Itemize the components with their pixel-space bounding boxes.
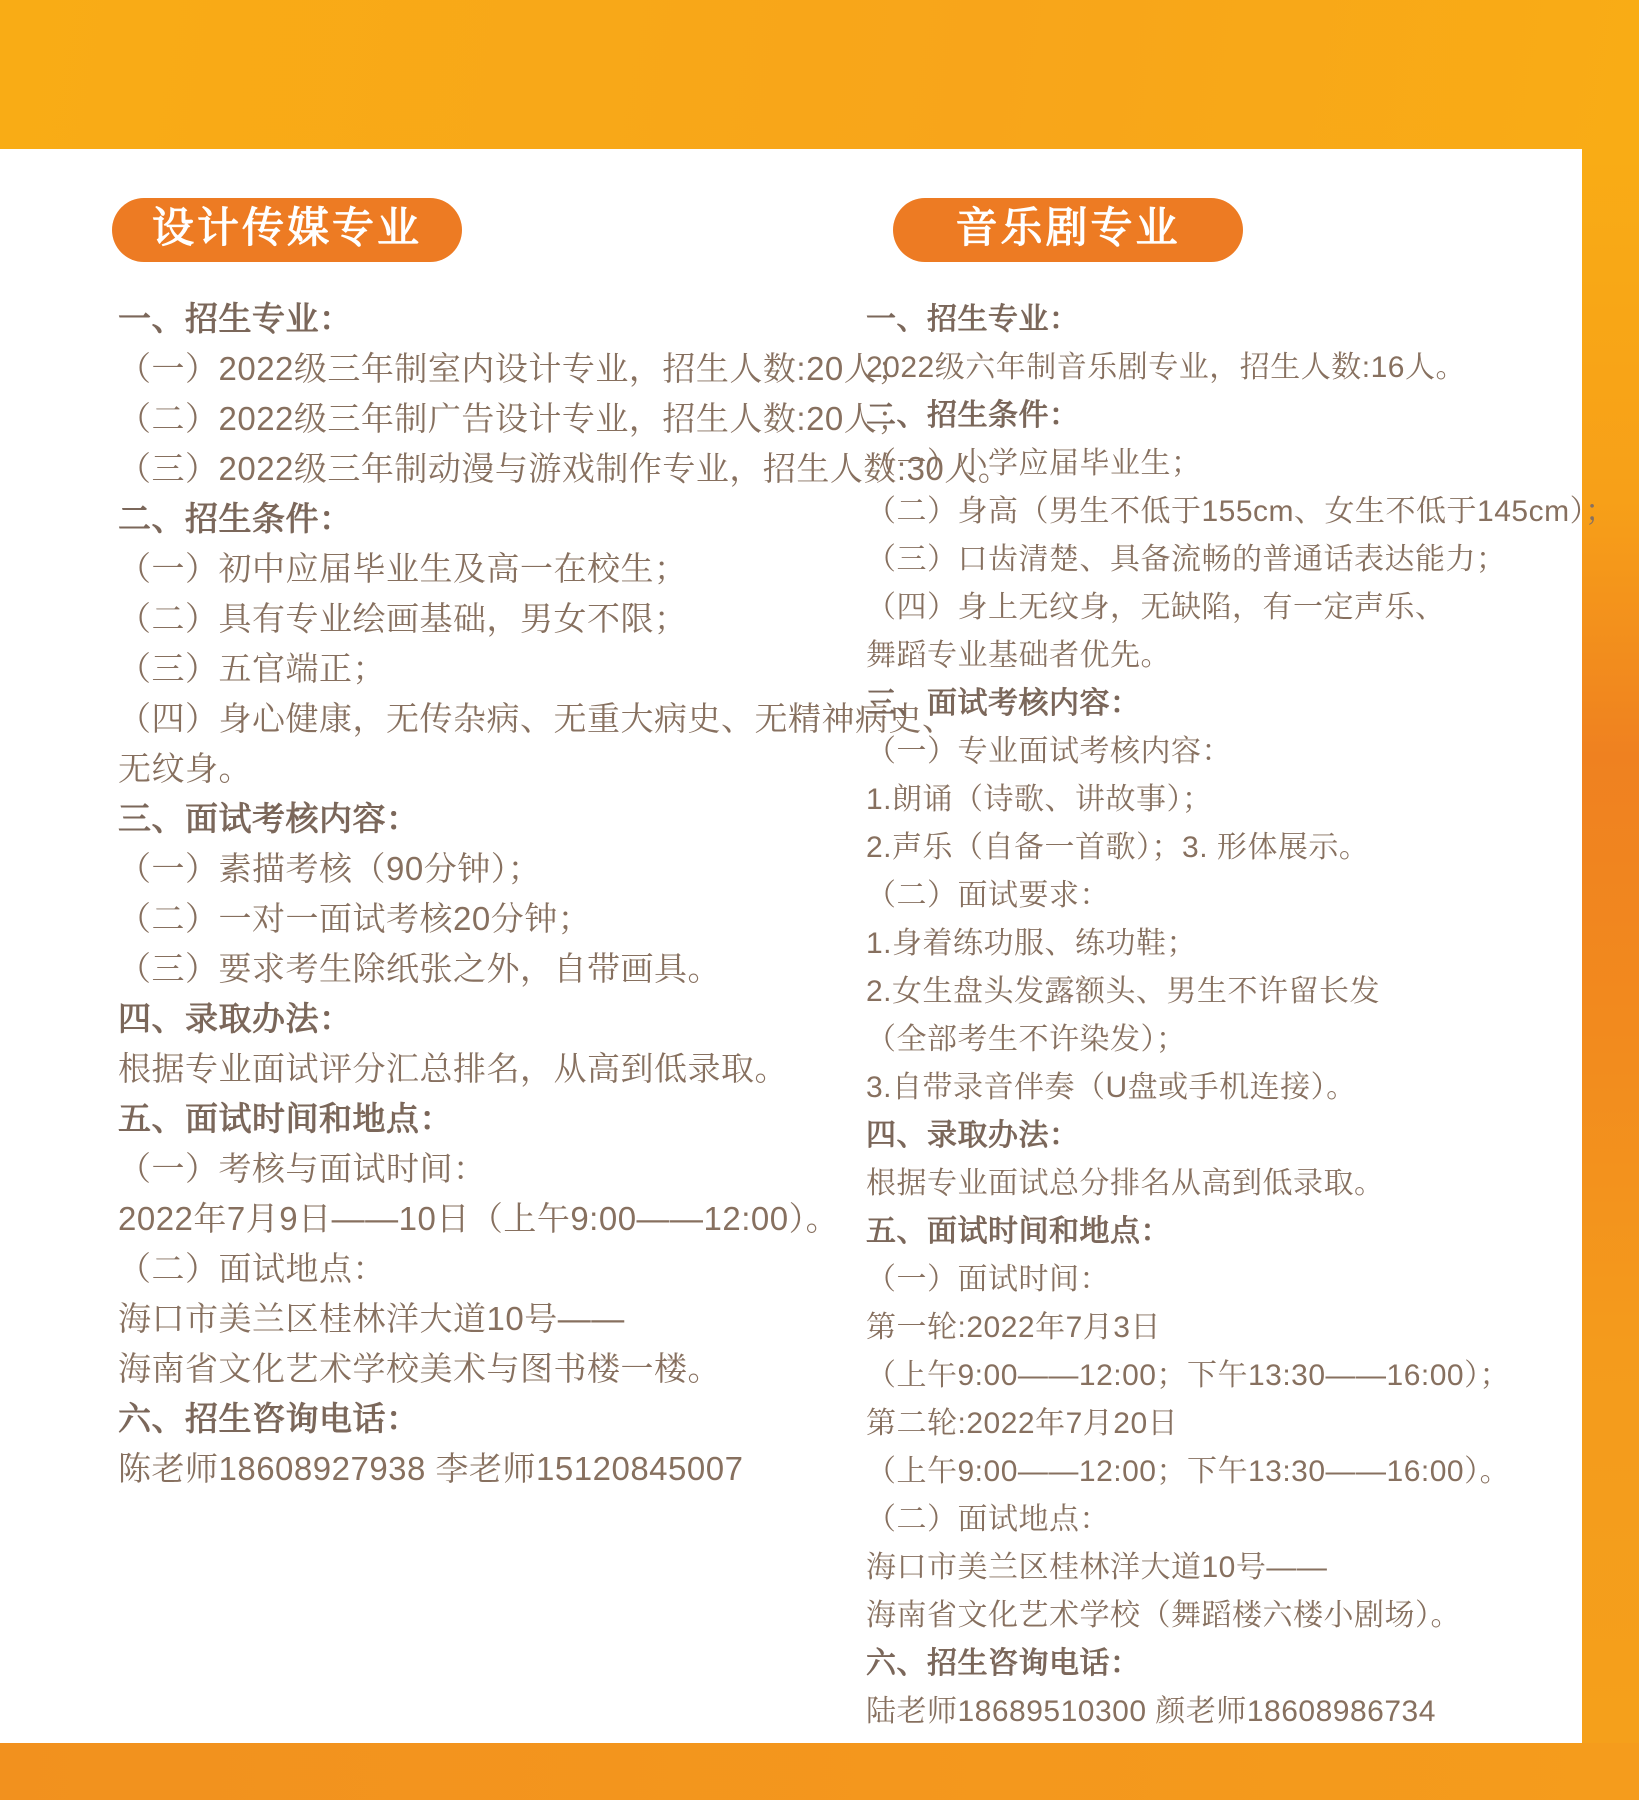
text-line: 五、面试时间和地点： (118, 1094, 832, 1144)
text-line: 一、招生专业： (118, 294, 832, 344)
text-line: 一、招生专业： (866, 296, 1582, 344)
text-line: （全部考生不许染发）； (866, 1016, 1582, 1064)
text-line: 1.朗诵（诗歌、讲故事）； (866, 776, 1582, 824)
text-line: 二、招生条件： (866, 392, 1582, 440)
design-media-title: 设计传媒专业 (152, 207, 422, 253)
text-line: 陆老师18689510300 颜老师18608986734 (866, 1688, 1582, 1736)
text-line: 三、面试考核内容： (866, 680, 1582, 728)
text-line: 六、招生咨询电话： (866, 1640, 1582, 1688)
design-media-column: 设计传媒专业 一、招生专业：（一）2022级三年制室内设计专业，招生人数:20人… (112, 198, 832, 1494)
musical-theatre-column: 音乐剧专业 一、招生专业：2022级六年制音乐剧专业，招生人数:16人。二、招生… (858, 198, 1582, 1736)
text-line: （二）2022级三年制广告设计专业，招生人数:20人； (118, 394, 832, 444)
text-line: 海南省文化艺术学校（舞蹈楼六楼小剧场）。 (866, 1592, 1582, 1640)
text-line: 根据专业面试评分汇总排名，从高到低录取。 (118, 1044, 832, 1094)
design-media-lines: 一、招生专业：（一）2022级三年制室内设计专业，招生人数:20人；（二）202… (118, 294, 832, 1494)
text-line: （一）素描考核（90分钟）； (118, 844, 832, 894)
text-line: （二）面试要求： (866, 872, 1582, 920)
text-line: 2022年7月9日——10日（上午9:00——12:00）。 (118, 1194, 832, 1244)
text-line: （一）2022级三年制室内设计专业，招生人数:20人； (118, 344, 832, 394)
text-line: （一）小学应届毕业生； (866, 440, 1582, 488)
text-line: 陈老师18608927938 李老师15120845007 (118, 1444, 832, 1494)
text-line: 二、招生条件： (118, 494, 832, 544)
text-line: （一）面试时间： (866, 1256, 1582, 1304)
text-line: 第一轮:2022年7月3日 (866, 1304, 1582, 1352)
text-line: 舞蹈专业基础者优先。 (866, 632, 1582, 680)
text-line: （上午9:00——12:00；下午13:30——16:00）。 (866, 1448, 1582, 1496)
text-line: （三）2022级三年制动漫与游戏制作专业，招生人数:30人。 (118, 444, 832, 494)
text-line: （三）口齿清楚、具备流畅的普通话表达能力； (866, 536, 1582, 584)
text-line: 海口市美兰区桂林洋大道10号—— (866, 1544, 1582, 1592)
text-line: 2022级六年制音乐剧专业，招生人数:16人。 (866, 344, 1582, 392)
text-line: 第二轮:2022年7月20日 (866, 1400, 1582, 1448)
text-line: 四、录取办法： (866, 1112, 1582, 1160)
text-line: （二）身高（男生不低于155cm、女生不低于145cm）； (866, 488, 1582, 536)
musical-theatre-lines: 一、招生专业：2022级六年制音乐剧专业，招生人数:16人。二、招生条件：（一）… (866, 296, 1582, 1736)
top-band (0, 0, 1639, 149)
text-line: 海南省文化艺术学校美术与图书楼一楼。 (118, 1344, 832, 1394)
text-line: （一）考核与面试时间： (118, 1144, 832, 1194)
musical-theatre-title: 音乐剧专业 (955, 207, 1180, 253)
text-line: 2.声乐（自备一首歌）；3. 形体展示。 (866, 824, 1582, 872)
text-line: 根据专业面试总分排名从高到低录取。 (866, 1160, 1582, 1208)
text-line: 三、面试考核内容： (118, 794, 832, 844)
text-line: （二）具有专业绘画基础，男女不限； (118, 594, 832, 644)
musical-theatre-title-pill: 音乐剧专业 (893, 198, 1243, 262)
text-line: 3.自带录音伴奏（U盘或手机连接）。 (866, 1064, 1582, 1112)
text-line: （二）一对一面试考核20分钟； (118, 894, 832, 944)
text-line: 四、录取办法： (118, 994, 832, 1044)
text-line: 海口市美兰区桂林洋大道10号—— (118, 1294, 832, 1344)
text-line: （三）要求考生除纸张之外，自带画具。 (118, 944, 832, 994)
text-line: （二）面试地点： (118, 1244, 832, 1294)
text-line: 六、招生咨询电话： (118, 1394, 832, 1444)
design-media-title-pill: 设计传媒专业 (112, 198, 462, 262)
text-line: （四）身上无纹身，无缺陷，有一定声乐、 (866, 584, 1582, 632)
text-line: （一）专业面试考核内容： (866, 728, 1582, 776)
text-line: （四）身心健康，无传杂病、无重大病史、无精神病史、 (118, 694, 832, 744)
text-line: 无纹身。 (118, 744, 832, 794)
text-line: （三）五官端正； (118, 644, 832, 694)
text-line: 五、面试时间和地点： (866, 1208, 1582, 1256)
text-line: （二）面试地点： (866, 1496, 1582, 1544)
text-line: 2.女生盘头发露额头、男生不许留长发 (866, 968, 1582, 1016)
admissions-poster: 设计传媒专业 一、招生专业：（一）2022级三年制室内设计专业，招生人数:20人… (0, 0, 1639, 1800)
text-line: （上午9:00——12:00；下午13:30——16:00）； (866, 1352, 1582, 1400)
right-gradient-strip (1582, 149, 1639, 1743)
text-line: （一）初中应届毕业生及高一在校生； (118, 544, 832, 594)
text-line: 1.身着练功服、练功鞋； (866, 920, 1582, 968)
bottom-band (0, 1743, 1639, 1800)
